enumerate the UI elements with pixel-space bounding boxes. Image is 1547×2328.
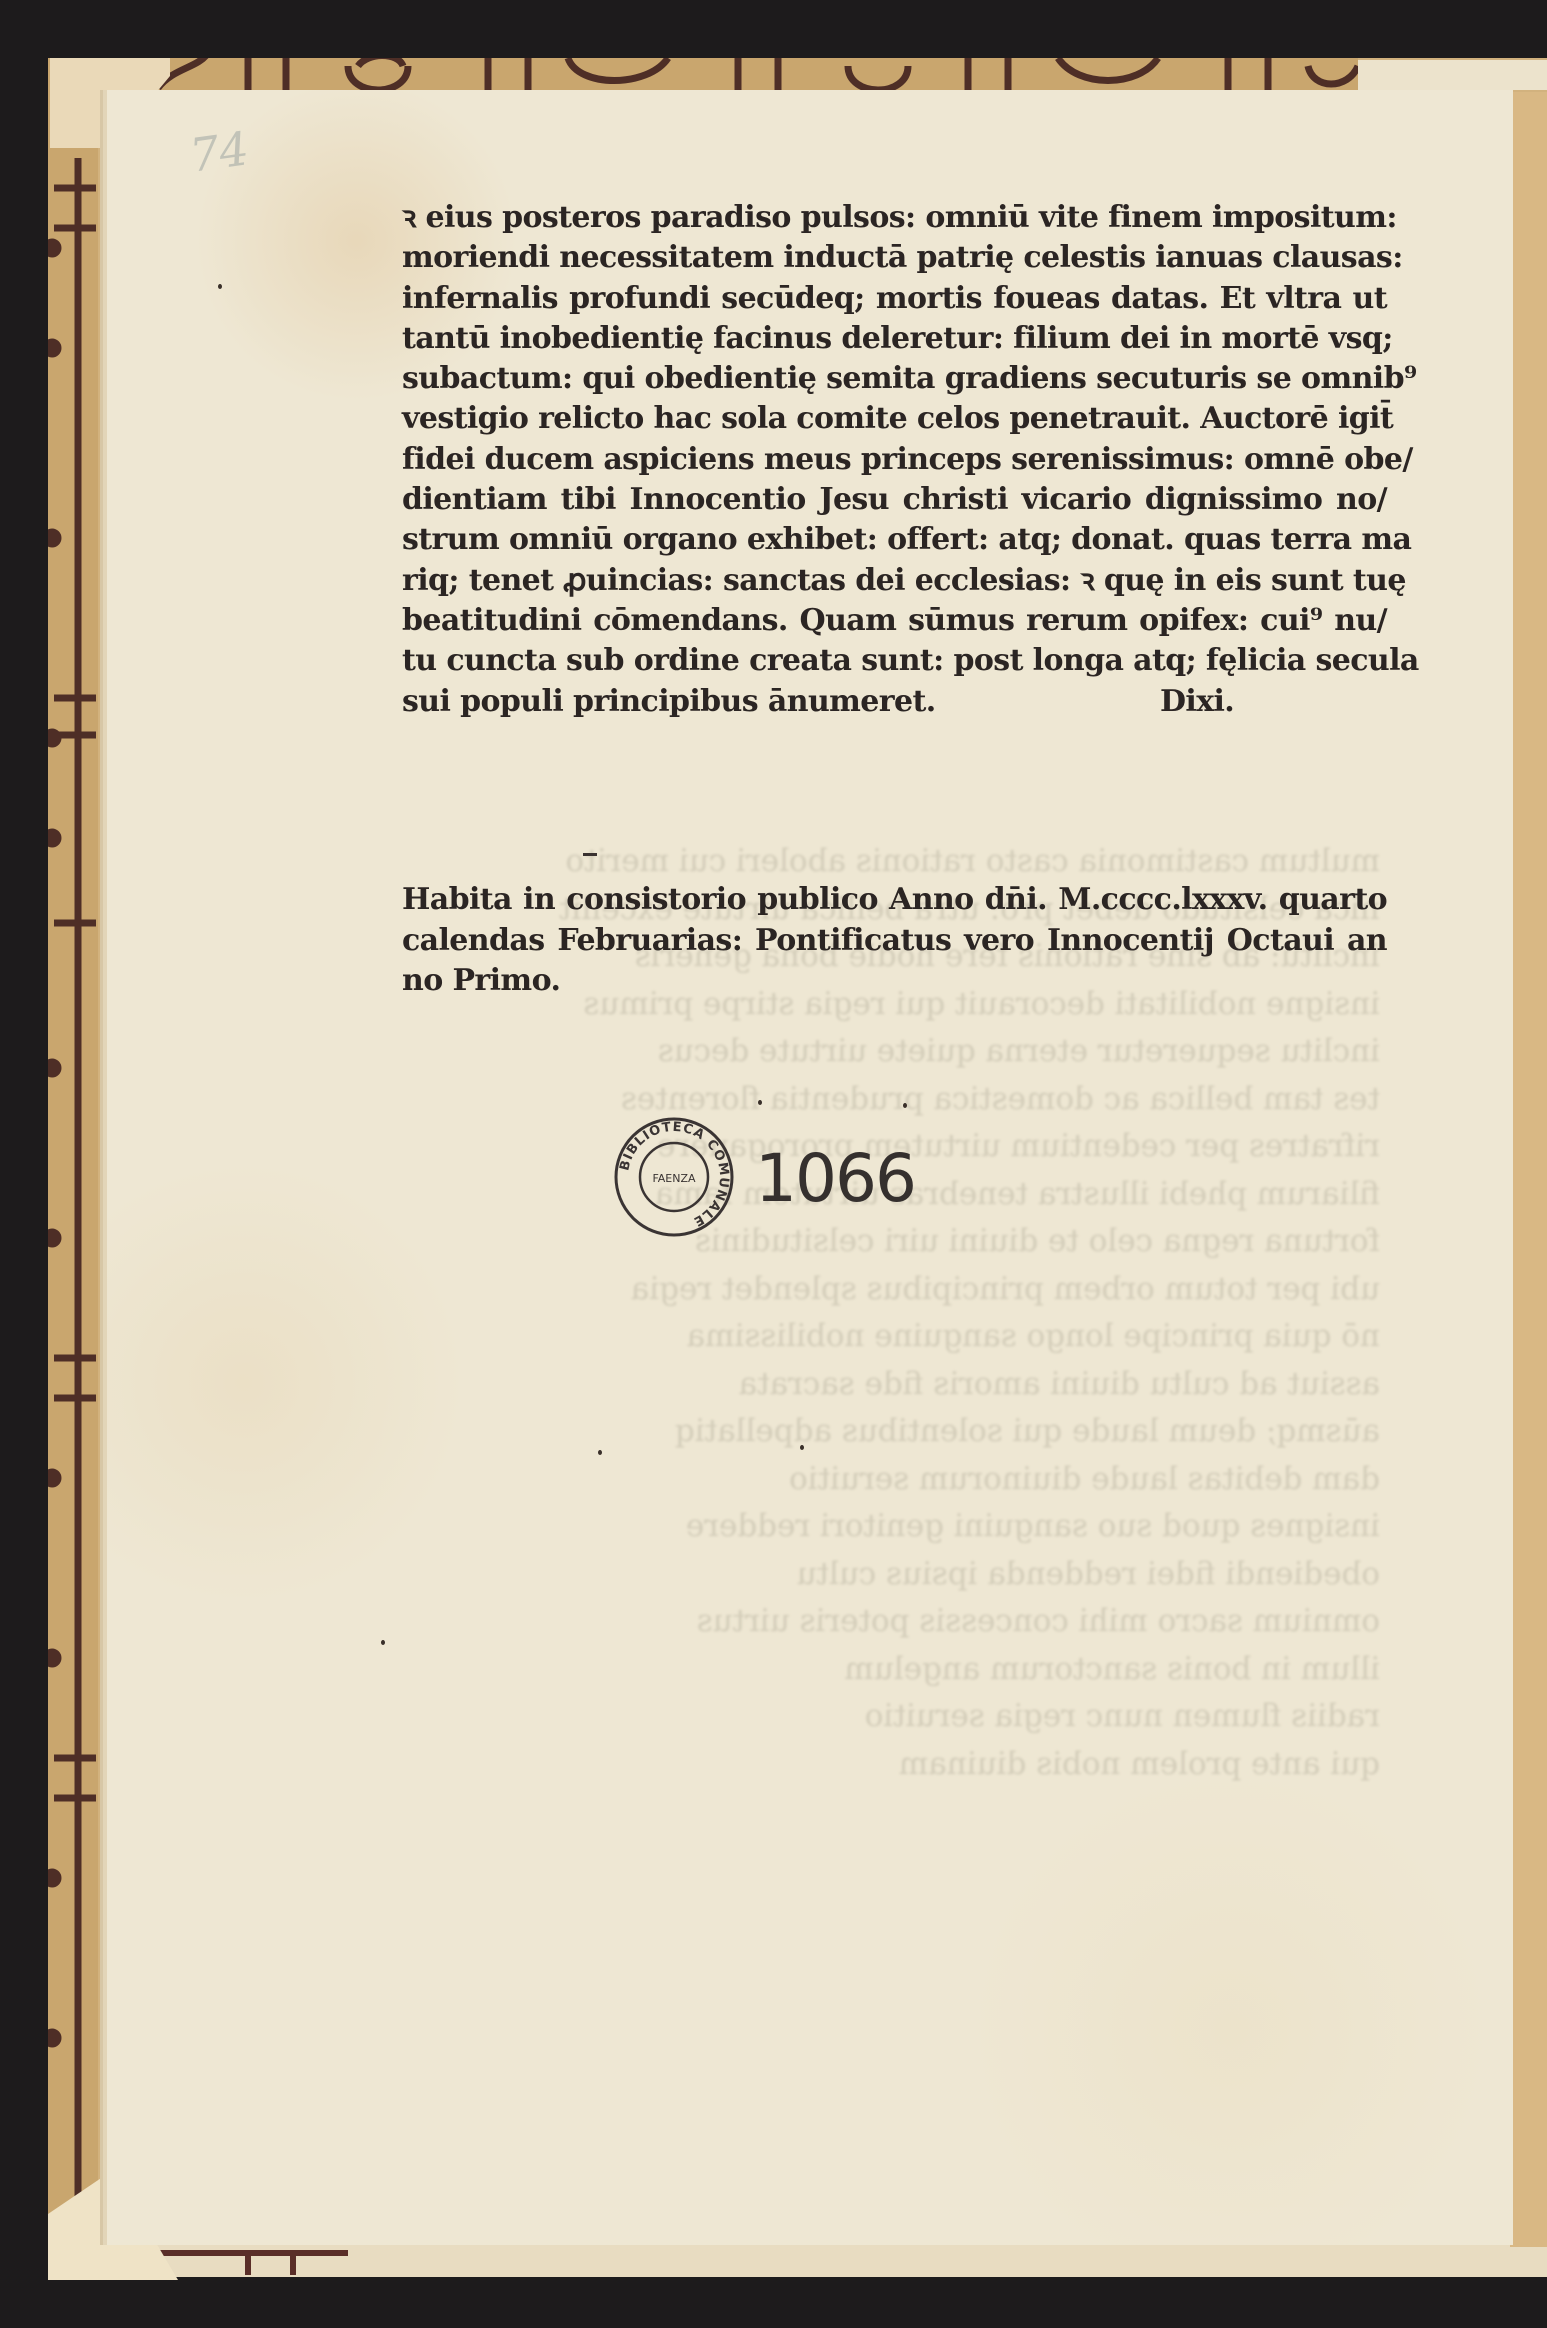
ink-speck: [800, 1445, 804, 1450]
text-line: beatitudini cōmendans. Quam sūmus rerum …: [402, 601, 1387, 641]
section-separator: [583, 853, 597, 856]
bleed-line: aūsmq; deum laude qui solentibus adpella…: [430, 1408, 1380, 1456]
bleed-line: multum castimonia casto rationis aboleri…: [430, 838, 1380, 886]
text-line: subactum: qui obedientię semita gradiens…: [402, 359, 1387, 399]
ink-speck: [598, 1450, 602, 1455]
text-line: fidei ducem aspiciens meus princeps sere…: [402, 440, 1387, 480]
stamp-inner-text: FAENZA: [652, 1172, 696, 1185]
bleed-line: dam debitas laude diuinorum seruitio: [430, 1456, 1380, 1504]
library-stamp: BIBLIOTECA COMUNALE FAENZA: [612, 1115, 736, 1239]
text-line: ꝛ eius posteros paradiso pulsos: omniū v…: [402, 198, 1387, 238]
colophon: Habita in consistorio publico Anno dn̄i.…: [402, 880, 1387, 1002]
text-line: dientiam tibi Innocentio Jesu christi vi…: [402, 480, 1387, 520]
mount-edge-right: [1510, 92, 1547, 2247]
ink-speck: [758, 1100, 762, 1105]
final-sentence: sui populi principibus ānumeret.: [402, 684, 936, 719]
colophon-line: no Primo.: [402, 961, 1387, 1002]
text-line-final: sui populi principibus ānumeret. Dixi.: [402, 682, 1387, 722]
ink-speck: [218, 284, 222, 289]
bleed-line: tes tam bellica ac domestica prudentia f…: [430, 1076, 1380, 1124]
text-line: strum omniū organo exhibet: offert: atq;…: [402, 520, 1387, 560]
bleed-line: omnium sacro mihi concessis poteris uirt…: [430, 1598, 1380, 1646]
text-line: vestigio relicto hac sola comite celos p…: [402, 399, 1387, 439]
decorative-border-bottom: [48, 2245, 1547, 2277]
text-line: moriendi necessitatem inductā patrię cel…: [402, 238, 1387, 278]
text-line: tantū inobedientię facinus deleretur: fi…: [402, 319, 1387, 359]
bleed-line: illum in bonis sanctorum angelum: [430, 1646, 1380, 1694]
text-line: tu cuncta sub ordine creata sunt: post l…: [402, 641, 1387, 681]
bleed-line: ubi per totum orbem principibus splendet…: [430, 1266, 1380, 1314]
main-text-block: ꝛ eius posteros paradiso pulsos: omniū v…: [402, 198, 1387, 722]
bleed-line: inclitu sequeretur eterna quiete uirtute…: [430, 1028, 1380, 1076]
closing-word: Dixi.: [1160, 682, 1234, 722]
ink-speck: [903, 1103, 907, 1108]
bleed-line: insignes quod suo sanguini genitori redd…: [430, 1503, 1380, 1551]
bleed-line: fortuna regna celo te diuini uiri celsit…: [430, 1218, 1380, 1266]
bleed-line: qui ante prolem nobis diuinam: [430, 1741, 1380, 1789]
bleed-line: assiut ad cultu diuini amoris fide sacra…: [430, 1361, 1380, 1409]
bleed-line: nō quia principe longo sanguine nobiliss…: [430, 1313, 1380, 1361]
decorative-border-top: [48, 58, 1358, 90]
text-line: riq; tenet ꝓuincias: sanctas dei ecclesi…: [402, 561, 1387, 601]
bleed-line: radiis flumen nunc regia seruitio: [430, 1693, 1380, 1741]
bleed-line: obediendi fidei reddenda ipsius cultu: [430, 1551, 1380, 1599]
decorative-border-left: [48, 58, 98, 2248]
mount-edge-top-right: [1358, 60, 1547, 90]
ink-speck: [381, 1640, 385, 1645]
colophon-line: Habita in consistorio publico Anno dn̄i.…: [402, 880, 1387, 921]
pencil-folio-number: 74: [187, 121, 252, 183]
text-line: infernalis profundi secūdeq; mortis foue…: [402, 279, 1387, 319]
handwritten-shelfmark: 1066: [755, 1140, 915, 1217]
colophon-line: calendas Februarias: Pontificatus vero I…: [402, 921, 1387, 962]
